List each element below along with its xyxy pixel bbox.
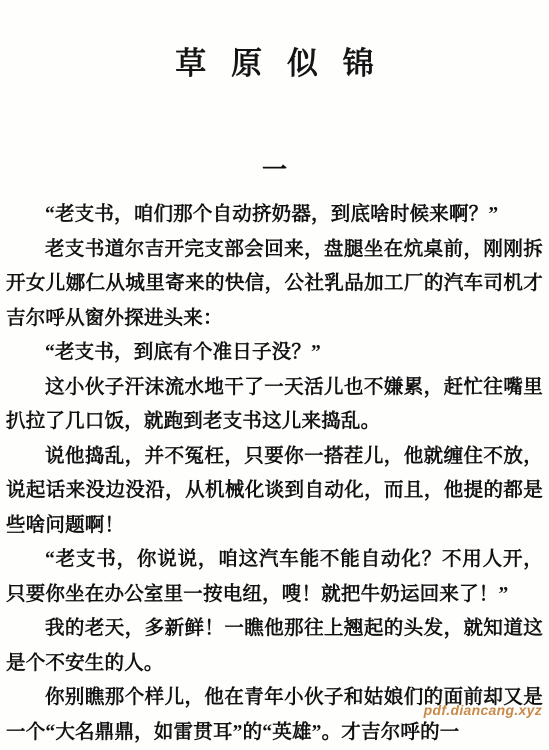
paragraph: 这小伙子汗沫流水地干了一天活儿也不嫌累，赶忙往嘴里扒拉了几口饭，就跑到老支书这儿…: [6, 371, 543, 440]
paragraph: 我的老天，多新鲜！一瞧他那往上翘起的头发，就知道这是个不安生的人。: [6, 612, 543, 681]
watermark: pdf.diancang.xyz: [424, 702, 542, 718]
page-body: “老支书，咱们那个自动挤奶器，到底啥时候来啊？”老支书道尔吉开完支部会回来，盘腿…: [0, 198, 549, 750]
paragraph: “老支书，到底有个准日子没？”: [6, 336, 543, 371]
paragraph: 说他捣乱，并不冤枉，只要你一搭茬儿，他就缠住不放，说起话来没边没沿，从机械化谈到…: [6, 440, 543, 544]
chapter-number: 一: [0, 150, 549, 186]
paragraph: 老支书道尔吉开完支部会回来，盘腿坐在炕桌前，刚刚拆开女儿娜仁从城里寄来的快信，公…: [6, 233, 543, 337]
paragraph: “老支书，你说说，咱这汽车能不能自动化？不用人开，只要你坐在办公室里一按电纽，嗖…: [6, 543, 543, 612]
paragraph: “老支书，咱们那个自动挤奶器，到底啥时候来啊？”: [6, 198, 543, 233]
scanned-book-page: 草原似锦 一 “老支书，咱们那个自动挤奶器，到底啥时候来啊？”老支书道尔吉开完支…: [0, 0, 549, 750]
book-title: 草原似锦: [0, 38, 549, 83]
